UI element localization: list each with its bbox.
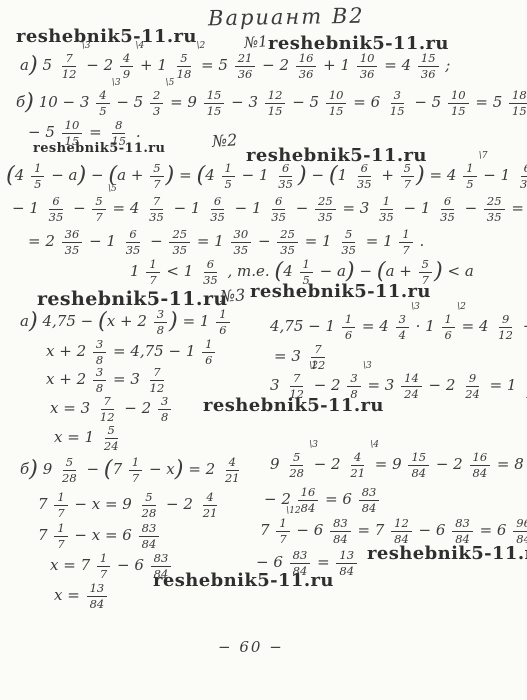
fraction: 635: [517, 162, 527, 189]
fraction: 15\7: [463, 162, 476, 189]
conversion-multiplier: \3: [363, 362, 372, 371]
fraction: 45\3: [96, 89, 109, 116]
fraction: 2535: [277, 228, 298, 255]
fraction: 17: [54, 522, 67, 549]
conversion-multiplier: \12: [286, 507, 300, 516]
fraction: 17: [129, 456, 142, 483]
fraction: 712\2: [286, 372, 307, 399]
open-paren: (: [6, 162, 15, 188]
fraction: 38: [93, 338, 106, 365]
math-line: 3 712\2 − 2 38\3 = 3 1424 − 2 924 = 1 52…: [270, 370, 527, 400]
fraction: 635: [437, 195, 458, 222]
math-line: 7 17 − x = 9 528 − 2 421: [38, 489, 222, 519]
fraction: 57: [150, 162, 163, 189]
fraction: 16: [202, 338, 215, 365]
fraction: 17\12: [276, 517, 289, 544]
fraction: 17: [399, 228, 412, 255]
fraction: 2535: [484, 195, 505, 222]
fraction: 17: [97, 552, 110, 579]
fraction: 8384: [330, 517, 351, 544]
fraction: 518\2: [174, 52, 195, 79]
conversion-multiplier: \3: [82, 42, 91, 51]
close-paren: ): [434, 258, 443, 284]
math-line: x = 3 712 − 2 38: [50, 393, 173, 423]
fraction: 8384: [151, 552, 172, 579]
fraction: 1284: [391, 517, 412, 544]
fraction: 635: [275, 162, 296, 189]
fraction: 924: [462, 372, 483, 399]
math-line: = 2 3635 − 1 635 − 2535 = 1 3035 − 2535 …: [28, 226, 424, 256]
conversion-multiplier: \5: [166, 79, 175, 88]
fraction: 8384: [139, 522, 160, 549]
fraction: 712\3: [59, 52, 80, 79]
fraction: 1815: [509, 89, 527, 116]
fraction: 57: [401, 162, 414, 189]
close-paren: ): [25, 89, 34, 115]
close-paren: ): [175, 456, 184, 482]
fraction: 1536: [418, 52, 439, 79]
math-line: б) 9 528 − (7 17 − x) = 2 421: [20, 454, 245, 484]
fraction: 2535: [315, 195, 336, 222]
fraction: 528\3: [286, 451, 307, 478]
open-paren: (: [98, 308, 107, 334]
fraction: 38: [158, 395, 171, 422]
math-line: x + 2 38 = 4,75 − 1 16: [46, 336, 217, 366]
math-line: 7 17\12 − 6 8384 = 7 1284 − 6 8384 = 6 9…: [260, 515, 527, 545]
math-line: x = 1384: [54, 580, 109, 610]
fraction: 16: [216, 308, 229, 335]
fraction: 1384: [336, 549, 357, 576]
math-layer: а) 5 712\3 − 2 49\4 + 1 518\2 = 5 2136 −…: [0, 0, 527, 700]
fraction: 1015: [326, 89, 347, 116]
open-paren: (: [377, 258, 386, 284]
close-paren: ): [77, 162, 86, 188]
fraction: 1584: [408, 451, 429, 478]
close-paren: ): [166, 162, 175, 188]
math-line: а) 5 712\3 − 2 49\4 + 1 518\2 = 5 2136 −…: [20, 50, 450, 80]
fraction: 635: [207, 195, 228, 222]
math-line: а) 4,75 − (x + 2 38) = 1 16: [20, 306, 232, 336]
math-line: − 5 1015 = 815 .: [28, 117, 141, 147]
fraction: 38: [154, 308, 167, 335]
conversion-multiplier: \3: [112, 79, 121, 88]
math-line: − 1 635 − 57\5 = 4 735 − 1 635 − 1 635 −…: [12, 193, 524, 223]
fraction: 49\4: [120, 52, 133, 79]
math-line: = 3 712: [274, 341, 330, 371]
close-paren: ): [29, 52, 38, 78]
close-paren: ): [416, 162, 425, 188]
fraction: 15: [300, 258, 313, 285]
fraction: 38: [93, 366, 106, 393]
math-line: x + 2 38 = 3 712: [46, 364, 169, 394]
conversion-multiplier: \4: [370, 441, 379, 450]
fraction: 635: [200, 258, 221, 285]
fraction: 15: [222, 162, 235, 189]
fraction: 57: [419, 258, 432, 285]
fraction: 1684: [470, 451, 491, 478]
fraction: 8384: [359, 486, 380, 513]
fraction: 1215: [265, 89, 286, 116]
fraction: 524: [101, 424, 122, 451]
conversion-multiplier: \2: [309, 362, 318, 371]
fraction: 635: [123, 228, 144, 255]
fraction: 8384: [452, 517, 473, 544]
fraction: 421\4: [347, 451, 368, 478]
conversion-multiplier: \3: [411, 303, 420, 312]
fraction: 3635: [62, 228, 83, 255]
fraction: 315: [387, 89, 408, 116]
page-number: − 60 −: [218, 638, 284, 656]
math-line: − 6 8384 = 1384: [256, 547, 359, 577]
fraction: 635: [354, 162, 375, 189]
math-line: − 2 1684 = 6 8384: [264, 484, 381, 514]
math-line: (4 15 − a) − (a + 57) = (4 15 − 1 635) −…: [6, 160, 527, 190]
fraction: 2535: [169, 228, 190, 255]
fraction: 635: [46, 195, 67, 222]
fraction: 528: [139, 491, 160, 518]
close-paren: ): [298, 162, 307, 188]
fraction: 57\5: [92, 195, 105, 222]
fraction: 1636: [296, 52, 317, 79]
fraction: 912: [495, 313, 516, 340]
fraction: 535: [338, 228, 359, 255]
conversion-multiplier: \5: [108, 185, 117, 194]
conversion-multiplier: \2: [457, 303, 466, 312]
fraction: 38\3: [347, 372, 360, 399]
scanned-notebook-page: Вариант В2 reshebnik5-11.rureshebnik5-11…: [0, 0, 527, 700]
math-line: 4,75 − 1 16 = 4 34\3 · 1 16\2 = 4 912 − …: [270, 311, 527, 341]
fraction: 1015: [62, 119, 83, 146]
open-paren: (: [329, 162, 338, 188]
fraction: 735: [146, 195, 167, 222]
fraction: 16: [342, 313, 355, 340]
fraction: 8384: [290, 549, 311, 576]
fraction: 528: [59, 456, 80, 483]
fraction: 1015: [448, 89, 469, 116]
fraction: 16\2: [442, 313, 455, 340]
close-paren: ): [346, 258, 355, 284]
conversion-multiplier: \3: [309, 441, 318, 450]
fraction: 421: [222, 456, 243, 483]
conversion-multiplier: \7: [479, 152, 488, 161]
math-line: 1 17 < 1 635 , т.е. (4 15 − a) − (a + 57…: [130, 256, 474, 286]
conversion-multiplier: \2: [197, 42, 206, 51]
fraction: 135: [376, 195, 397, 222]
open-paren: (: [104, 456, 113, 482]
fraction: 1515: [204, 89, 225, 116]
math-line: б) 10 − 3 45\3 − 5 23\5 = 9 1515 − 3 121…: [16, 87, 527, 117]
fraction: 15: [31, 162, 44, 189]
fraction: 712: [97, 395, 118, 422]
open-paren: (: [196, 162, 205, 188]
fraction: 9684: [513, 517, 527, 544]
open-paren: (: [274, 258, 283, 284]
fraction: 3035: [231, 228, 252, 255]
close-paren: ): [169, 308, 178, 334]
math-line: x = 1 524: [54, 422, 124, 452]
fraction: 17: [54, 491, 67, 518]
fraction: 23\5: [150, 89, 163, 116]
math-line: 9 528\3 − 2 421\4 = 9 1584 − 2 1684 = 8 …: [270, 449, 527, 479]
fraction: 635: [268, 195, 289, 222]
fraction: 17: [146, 258, 159, 285]
fraction: 1384: [87, 582, 108, 609]
close-paren: ): [29, 456, 38, 482]
fraction: 1036: [357, 52, 378, 79]
fraction: 524: [523, 372, 527, 399]
fraction: 2136: [235, 52, 256, 79]
fraction: 815: [108, 119, 129, 146]
math-line: x = 7 17 − 6 8384: [50, 550, 173, 580]
fraction: 712: [147, 366, 168, 393]
conversion-multiplier: \4: [135, 42, 144, 51]
fraction: 1424: [401, 372, 422, 399]
fraction: 34\3: [396, 313, 409, 340]
close-paren: ): [29, 308, 38, 334]
math-line: 7 17 − x = 6 8384: [38, 520, 161, 550]
fraction: 421: [200, 491, 221, 518]
